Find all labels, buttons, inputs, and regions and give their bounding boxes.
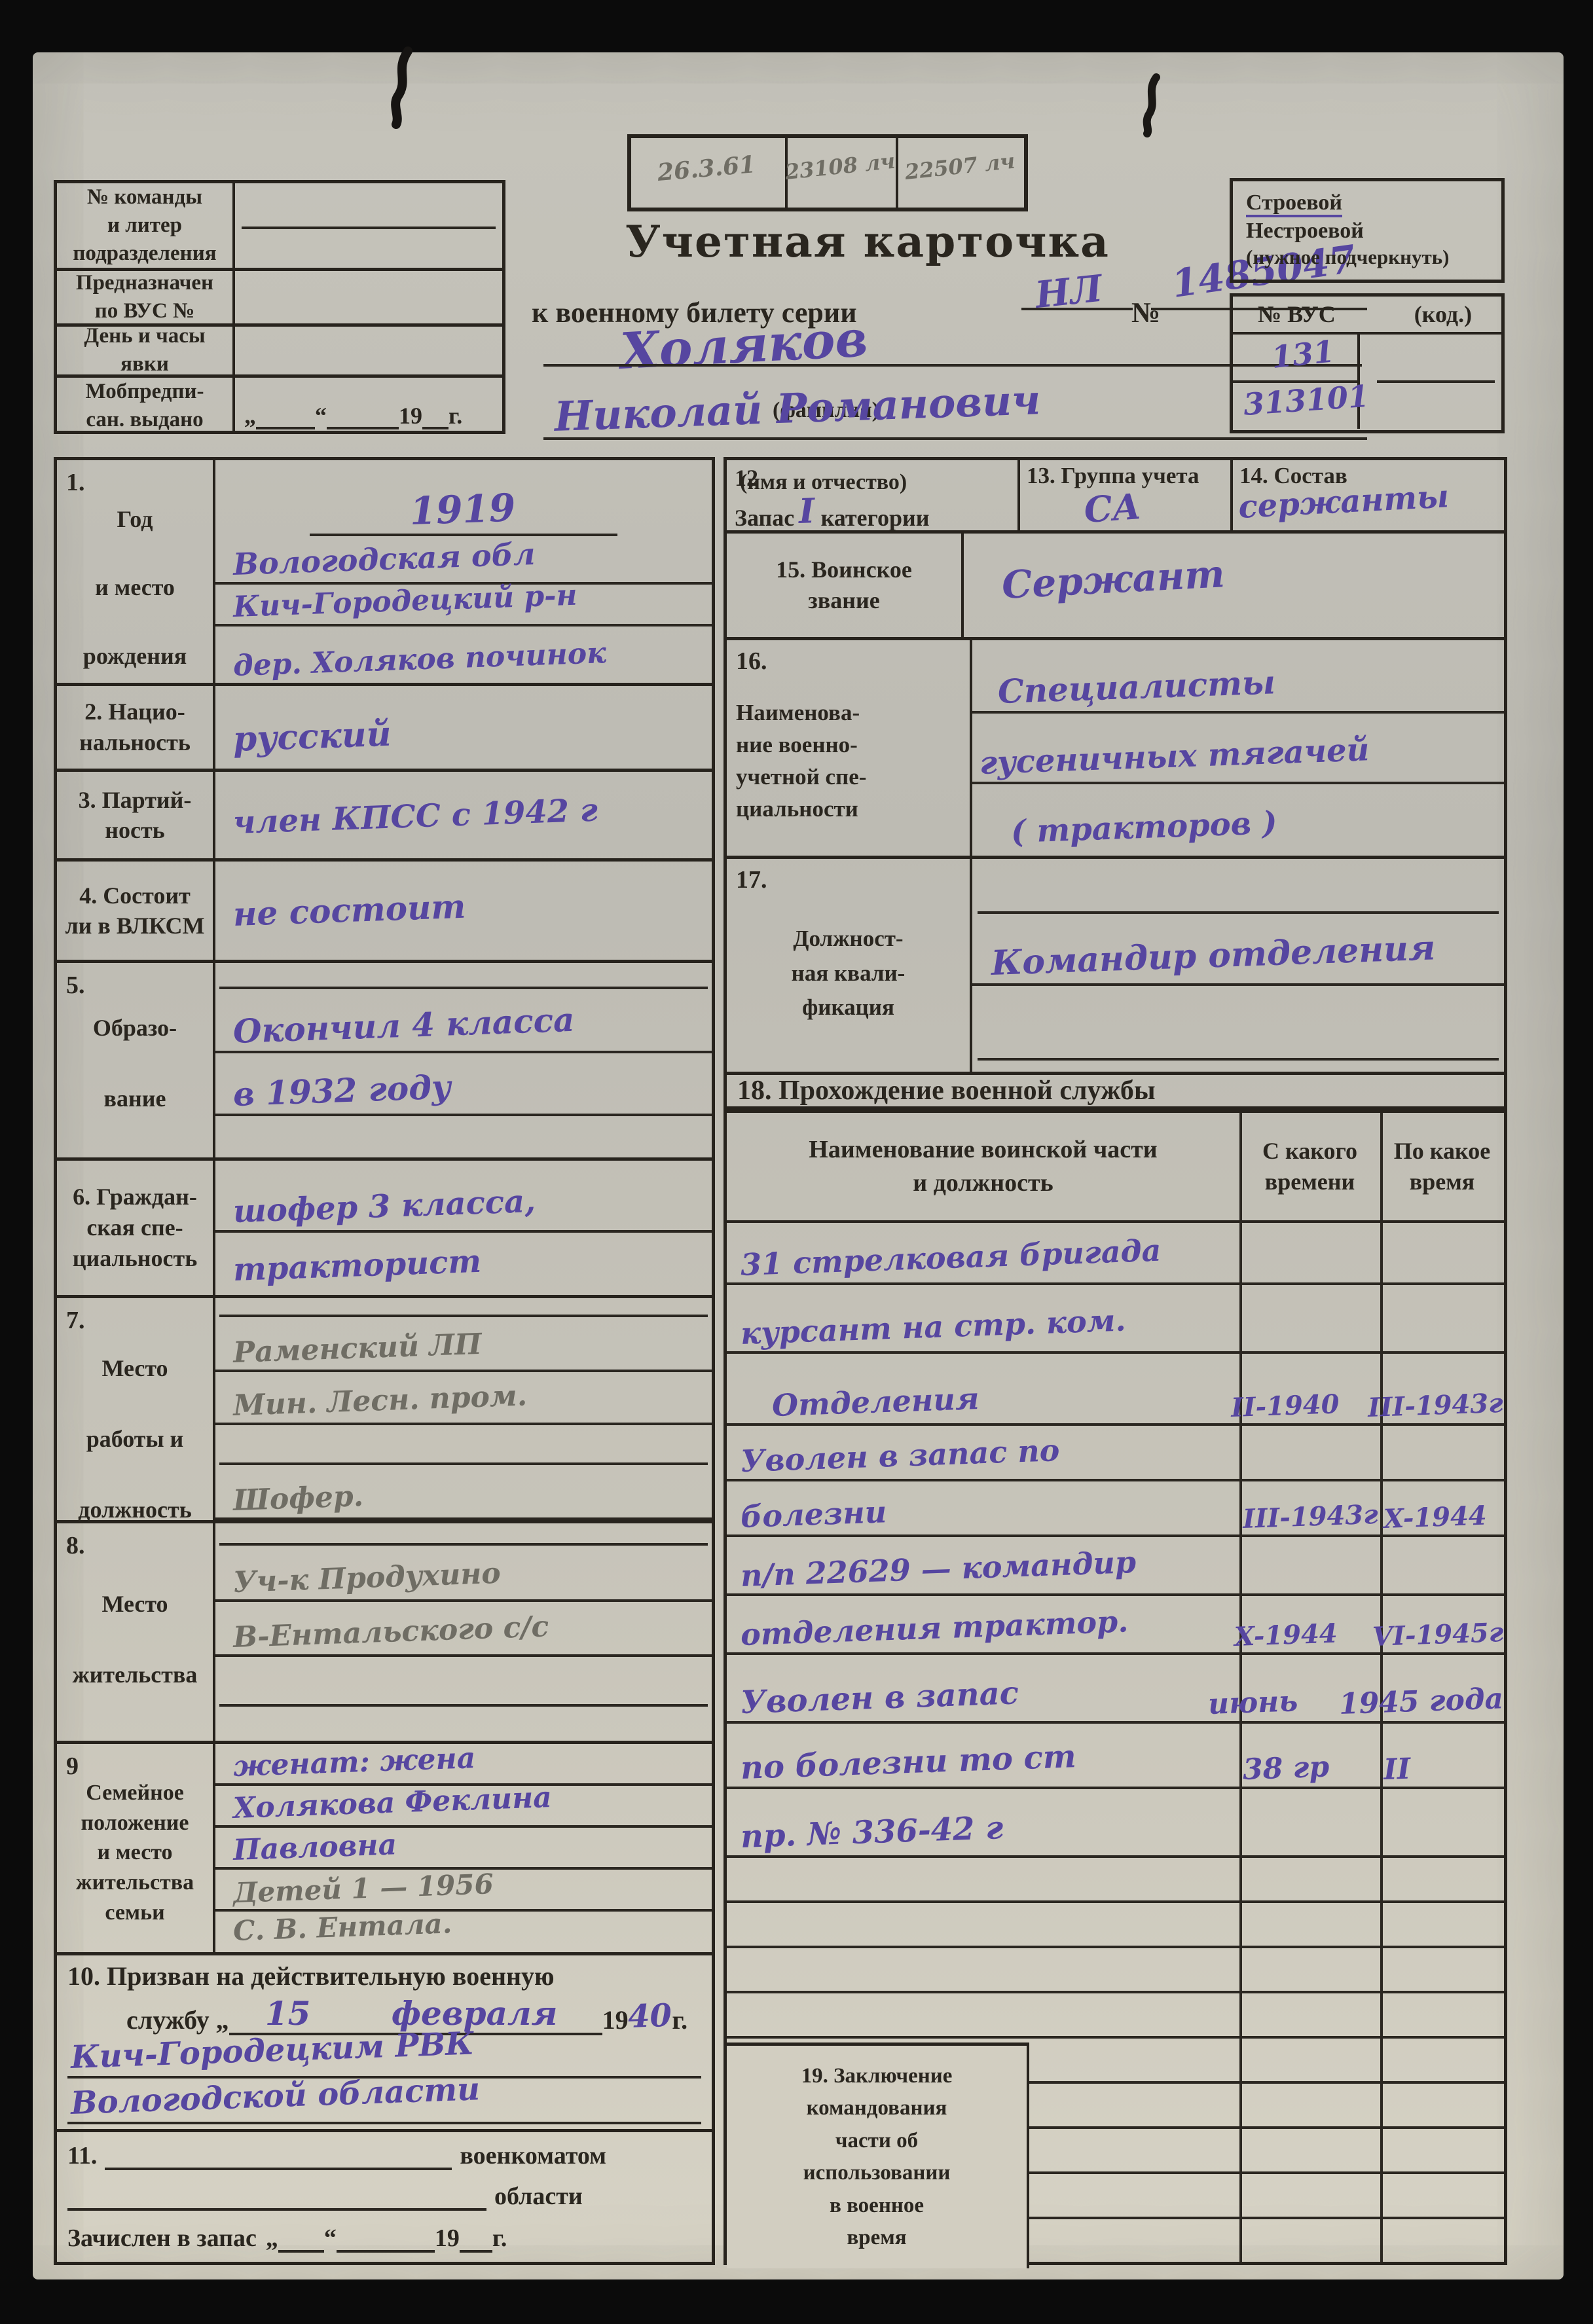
field-position-qualification: 17. Должност- ная квали- фикация Команди…: [727, 859, 1504, 1075]
service-row: ОтделенияII-1940III-1943г: [727, 1354, 1504, 1426]
service-to: III-1943г: [1368, 1388, 1504, 1423]
family-line2: Холякова Феклина: [232, 1781, 552, 1825]
field-label: 2. Нацио- нальность: [57, 686, 215, 769]
blank-segment: [337, 2250, 435, 2253]
specialty-line2: гусеничных тягачей: [979, 731, 1370, 782]
service-unit: отделения трактор.: [740, 1603, 1129, 1652]
service-from: II-1940: [1230, 1389, 1340, 1423]
blank-segment: [422, 427, 449, 429]
service-row-empty: [727, 1948, 1504, 1993]
quote-mark: “: [315, 402, 327, 429]
category-option-stroevoy: Строевой: [1246, 191, 1342, 217]
ruled-line: [219, 1523, 708, 1546]
quote-mark: „: [266, 2224, 278, 2253]
ink-mark-icon: [1134, 73, 1173, 139]
year-19: 19: [399, 402, 422, 429]
ruled-line: [1021, 308, 1133, 310]
workplace-position: Шофер.: [232, 1480, 364, 1517]
admin-row3-label: День и часы явки: [57, 327, 235, 374]
field-civil-specialty: 6. Граждан- ская спе- циальность шофер 3…: [57, 1161, 712, 1298]
service-unit: п/п 22629 — командир: [740, 1544, 1137, 1593]
pencil-note: 22507 лч: [904, 150, 1016, 185]
service-row: Уволен в запас по: [727, 1426, 1504, 1481]
family-line1: женат: жена: [232, 1741, 476, 1783]
category-note: (нужное подчеркнуть): [1246, 245, 1488, 270]
workplace-line2: Мин. Лесн. пром.: [232, 1379, 528, 1423]
service-unit: Отделения: [771, 1381, 980, 1423]
service-unit: Уволен в запас по: [740, 1432, 1060, 1479]
vus-number-1: 131: [1270, 333, 1336, 375]
pencil-note: 23108 лч: [784, 150, 896, 185]
service-unit: курсант на стр. ком.: [740, 1302, 1126, 1351]
conscription-day: 15: [265, 1994, 311, 2033]
admin-row2-label: Предназначен по ВУС №: [57, 271, 235, 323]
residence-line2: В-Ентальского с/с: [232, 1610, 549, 1654]
education-line1: Окончил 4 класса: [232, 1000, 575, 1051]
field-label: Семейное положение и место жительства се…: [57, 1778, 213, 1928]
service-history-title: 18. Прохождение военной службы: [737, 1075, 1156, 1106]
field-number: 5.: [66, 970, 85, 1002]
education-line2: в 1932 году: [232, 1068, 452, 1114]
conscription-line1: 10. Призван на действительную военную: [67, 1961, 701, 1991]
ruled-line: [978, 986, 1499, 1061]
admin-row4-label: Мобпредпи- сан. выдано: [57, 378, 235, 434]
service-row-empty: [727, 1858, 1504, 1903]
admin-box: № команды и литер подразделения Предназн…: [54, 180, 505, 434]
enlisted-reserve-label: Зачислен в запас: [67, 2224, 257, 2253]
service-table-header: Наименование воинской части и должность …: [727, 1113, 1504, 1223]
service-from: июнь: [1207, 1684, 1298, 1721]
ruled-line: [219, 1425, 708, 1465]
conscription-word: службу: [126, 2005, 210, 2035]
pencil-annotation-box: 26.3.61 23108 лч 22507 лч: [627, 134, 1028, 211]
service-table: Наименование воинской части и должность …: [723, 1110, 1507, 2265]
blank-segment: [460, 2250, 492, 2253]
residence-line1: Уч-к Продухино: [232, 1556, 501, 1599]
field-birth: 1. Год и место рождения 1919 Вологодская…: [57, 460, 712, 686]
field-number: 12: [735, 464, 1010, 492]
g-suffix: г.: [672, 2005, 687, 2035]
field-label: Место работы и должность: [57, 1351, 213, 1527]
field-nationality: 2. Нацио- нальность русский: [57, 686, 712, 772]
service-row: по болезни то ст38 грII: [727, 1724, 1504, 1789]
field-label: 4. Состоит ли в ВЛКСМ: [57, 862, 215, 960]
rank-value: Сержант: [1000, 551, 1226, 608]
col-from-header: С какого времени: [1262, 1136, 1357, 1197]
ink-mark-icon: [383, 46, 429, 131]
quote-mark: „: [244, 402, 256, 429]
service-from: III-1943г: [1242, 1499, 1378, 1534]
field-residence: 8. Место жительства Уч-к Продухино В-Ент…: [57, 1523, 712, 1744]
field-number: 17.: [736, 865, 767, 894]
service-to: 1945 года: [1338, 1682, 1504, 1721]
field-label: Год и место рождения: [57, 502, 213, 673]
category-option-nestroevoy: Нестроевой: [1246, 217, 1488, 245]
ruled-line: [219, 963, 708, 989]
vlksm-value: не состоит: [232, 887, 466, 934]
field-number: 11.: [67, 2141, 97, 2170]
service-to: II: [1383, 1752, 1411, 1787]
service-row-empty: [727, 1903, 1504, 1948]
workplace-line1: Раменский ЛП: [232, 1327, 482, 1369]
service-from: X-1944: [1234, 1618, 1338, 1652]
service-from: 38 гр: [1242, 1750, 1330, 1787]
field-conscription: 10. Призван на действительную военную сл…: [57, 1955, 712, 2132]
family-village-pencil: С. В. Ентала.: [232, 1907, 452, 1947]
service-row: курсант на стр. ком.: [727, 1285, 1504, 1354]
service-row: отделения трактор.X-1944VI-1945г: [727, 1596, 1504, 1655]
field-number: 1.: [66, 467, 85, 499]
service-row: пр. № 336-42 г: [727, 1789, 1504, 1858]
reserve-label-post: категории: [821, 504, 930, 532]
service-row-empty: [727, 1993, 1504, 2039]
specialty-line1: Специалисты: [997, 663, 1276, 711]
quote-mark: “: [324, 2224, 337, 2253]
field-vlksm: 4. Состоит ли в ВЛКСМ не состоит: [57, 862, 712, 963]
field-military-specialty: 16. Наименова- ние военно- учетной спе- …: [727, 640, 1504, 860]
family-line3: Павловна: [232, 1828, 397, 1867]
conscription-oblast: Вологодской области: [70, 2071, 481, 2122]
field-party: 3. Партий- ность член КПСС с 1942 г: [57, 772, 712, 862]
category-box: Строевой Нестроевой (нужное подчеркнуть): [1230, 178, 1505, 283]
blank-segment: [105, 2168, 452, 2170]
service-unit: Уволен в запас: [740, 1675, 1019, 1721]
quote-mark: „: [216, 2005, 229, 2035]
year-19: 19: [435, 2224, 460, 2253]
birth-year: 1919: [409, 485, 517, 534]
vus-label: № ВУС: [1258, 300, 1336, 328]
right-column-top: 12 Запас Ⅰ категории 13. Группа учета СА…: [723, 457, 1507, 1110]
qualification-label: Должност- ная квали- фикация: [727, 922, 970, 1025]
blank-segment: [256, 427, 315, 429]
field-number: 16.: [736, 647, 767, 676]
conscription-year: 40: [627, 1997, 672, 2035]
nationality-value: русский: [232, 714, 392, 759]
birth-village: дер. Холяков починок: [232, 636, 606, 683]
birth-region: Вологодская обл: [232, 536, 536, 582]
field-label: 3. Партий- ность: [57, 772, 215, 858]
ruled-line: [242, 227, 496, 229]
civil-specialty-line1: шофер 3 класса,: [232, 1183, 536, 1230]
blank-segment: [278, 2250, 324, 2253]
service-unit: болезни: [740, 1494, 887, 1534]
qualification-value: Командир отделения: [991, 928, 1436, 984]
service-row: Уволен в запасиюнь1945 года: [727, 1655, 1504, 1724]
service-unit: 31 стрелковая бригада: [740, 1233, 1162, 1282]
field-number: 9: [66, 1751, 79, 1783]
service-to: VI-1945г: [1372, 1617, 1504, 1652]
scanned-military-registration-card: 26.3.61 23108 лч 22507 лч № команды и ли…: [0, 0, 1593, 2324]
group-value: СА: [1083, 479, 1224, 531]
ruled-line: [978, 859, 1499, 914]
civil-specialty-line2: тракторист: [232, 1243, 482, 1288]
blank-segment: [327, 427, 399, 429]
vus-box: № ВУС (код.) 131 313101: [1230, 293, 1505, 433]
party-value: член КПСС с 1942 г: [232, 792, 598, 841]
rank-label: 15. Воинское звание: [776, 554, 912, 616]
vus-number-2: 313101: [1242, 378, 1370, 422]
field-label: Образо- вание: [57, 1010, 213, 1116]
service-row: 31 стрелковая бригада: [727, 1223, 1504, 1285]
ruled-line: [543, 437, 1367, 440]
field-family: 9 Семейное положение и место жительства …: [57, 1744, 712, 1955]
ruled-line: [219, 1657, 708, 1707]
vus-code-label: (код.): [1414, 300, 1472, 328]
family-children-pencil: Детей 1 — 1956: [232, 1868, 494, 1909]
pencil-note: 26.3.61: [657, 151, 757, 187]
service-to: X-1944: [1383, 1500, 1487, 1534]
conclusion-label: 19. Заключение командования части об исп…: [801, 2060, 953, 2255]
fields-12-13-14: 12 Запас Ⅰ категории 13. Группа учета СА…: [727, 460, 1504, 534]
reserve-category-handwritten: Ⅰ: [798, 491, 815, 532]
g-suffix: г.: [492, 2224, 507, 2253]
field-workplace: 7. Место работы и должность Раменский ЛП…: [57, 1298, 712, 1523]
admin-row1-label: № команды и литер подразделения: [57, 183, 235, 268]
field-number: 7.: [66, 1305, 85, 1337]
field-19-conclusion: 19. Заключение командования части об исп…: [727, 2043, 1029, 2268]
field-label: Место жительства: [57, 1586, 213, 1692]
field-education: 5. Образо- вание Окончил 4 класса в 1932…: [57, 963, 712, 1161]
service-row: болезниIII-1943гX-1944: [727, 1481, 1504, 1537]
service-unit: пр. № 336-42 г: [740, 1809, 1004, 1855]
oblast-word: области: [494, 2182, 583, 2211]
specialty-label: Наименова- ние военно- учетной спе- циал…: [727, 697, 970, 825]
number-sign: №: [1131, 296, 1160, 329]
voenkomat-word: военкоматом: [460, 2141, 606, 2170]
reserve-label-pre: Запас: [735, 504, 794, 532]
page-title: Учетная карточка: [609, 216, 1126, 267]
birth-district: Кич-Городецкий р-н: [232, 579, 577, 624]
col-to-header: По какое время: [1394, 1136, 1490, 1197]
col-unit-header: Наименование воинской части и должность: [809, 1133, 1157, 1201]
field-11: 11. военкоматом области Зачислен в запас…: [57, 2132, 712, 2262]
blank-segment: [67, 2208, 486, 2211]
ruled-line: [219, 1298, 708, 1318]
ruled-line: [1377, 380, 1495, 383]
service-unit: по болезни то ст: [740, 1738, 1076, 1787]
service-row: п/п 22629 — командир: [727, 1537, 1504, 1596]
left-column: 1. Год и место рождения 1919 Вологодская…: [54, 457, 715, 2265]
specialty-line3: ( тракторов ): [1010, 805, 1277, 850]
field-rank: 15. Воинское звание Сержант: [727, 534, 1504, 640]
field-number: 8.: [66, 1530, 85, 1562]
field-label: 6. Граждан- ская спе- циальность: [57, 1161, 215, 1295]
year-19: 19: [602, 2005, 629, 2035]
g-suffix: г.: [449, 402, 462, 429]
